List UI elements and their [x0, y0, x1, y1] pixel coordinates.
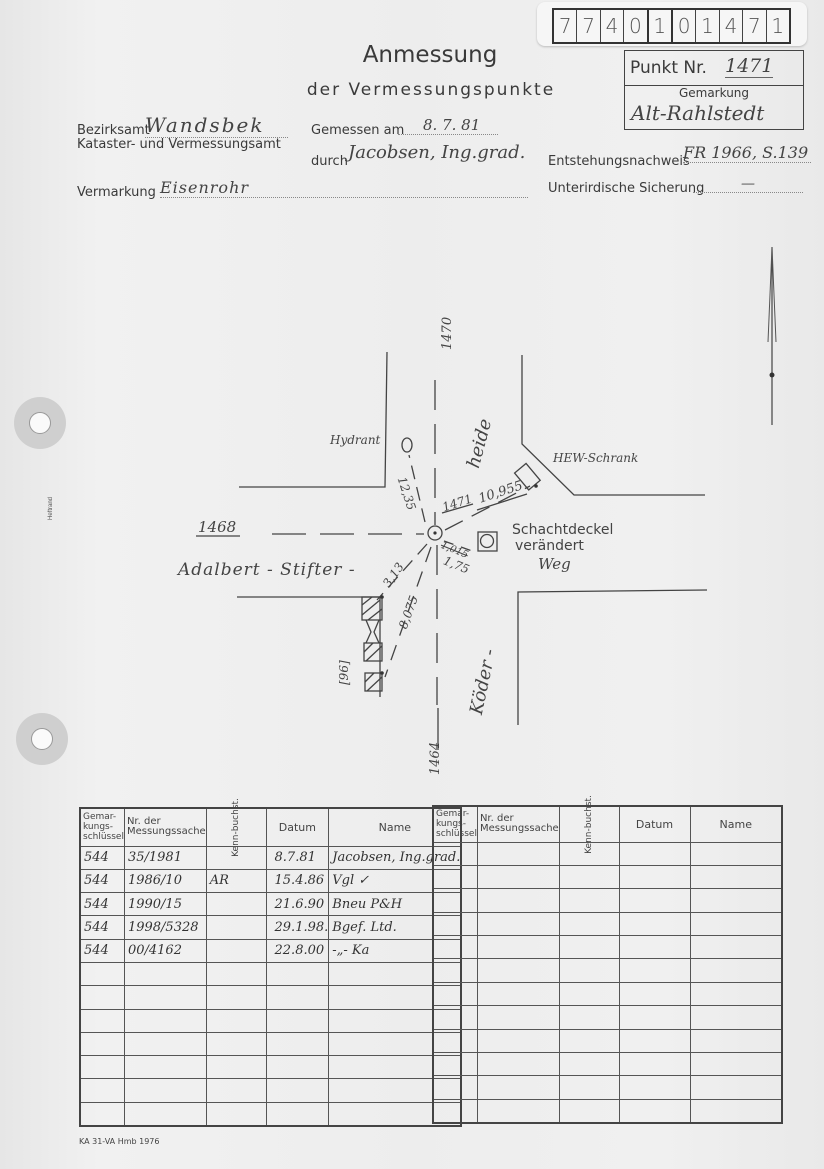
cell-name — [690, 865, 782, 888]
cell-datum: 21.6.90 — [266, 893, 329, 916]
cell-kenn — [206, 986, 266, 1009]
cell-gem: 544 — [80, 916, 124, 939]
cell-nr — [477, 959, 559, 982]
table-row — [433, 1006, 782, 1029]
register-table-right: Gemar-kungs-schlüssel Nr. der Messungssa… — [432, 805, 783, 1124]
cell-nr — [477, 912, 559, 935]
cell-datum — [266, 1102, 329, 1125]
cell-name — [690, 889, 782, 912]
cell-gem — [80, 986, 124, 1009]
cell-gem — [433, 912, 477, 935]
header-kenn: Kenn-buchst. — [206, 808, 266, 846]
table-row — [433, 889, 782, 912]
cell-name — [690, 982, 782, 1005]
table-row: 54400/416222.8.00-„- Ka — [80, 939, 461, 962]
cell-name — [690, 1099, 782, 1122]
table-row — [433, 1053, 782, 1076]
header-datum: Datum — [619, 806, 690, 842]
cell-datum — [266, 1032, 329, 1055]
table-row: 54435/19818.7.81Jacobsen, Ing.grad. — [80, 846, 461, 869]
survey-form-page: Heftrand 7740101471 Punkt Nr. 1471 Gemar… — [0, 0, 824, 1169]
cell-datum — [619, 982, 690, 1005]
form-code: KA 31-VA Hmb 1976 — [79, 1137, 159, 1146]
point-1468-label: 1468 — [198, 518, 236, 536]
cell-nr — [124, 1032, 206, 1055]
hydrant-label: Hydrant — [330, 433, 380, 447]
cell-nr — [477, 1006, 559, 1029]
cell-gem: 544 — [80, 893, 124, 916]
cell-datum — [619, 1099, 690, 1122]
cell-gem — [433, 1006, 477, 1029]
cell-kenn — [559, 1029, 619, 1052]
cell-nr: 1990/15 — [124, 893, 206, 916]
cell-kenn — [559, 982, 619, 1005]
cell-kenn — [206, 1056, 266, 1079]
header-name: Name — [690, 806, 782, 842]
cell-datum — [266, 986, 329, 1009]
cell-nr — [477, 889, 559, 912]
cell-kenn — [559, 912, 619, 935]
cell-gem — [433, 1053, 477, 1076]
cell-datum — [266, 1009, 329, 1032]
cell-kenn — [559, 936, 619, 959]
cell-kenn — [559, 1099, 619, 1122]
cell-gem — [80, 1102, 124, 1125]
cell-gem: 544 — [80, 939, 124, 962]
cell-gem — [433, 982, 477, 1005]
cell-nr: 1998/5328 — [124, 916, 206, 939]
cell-nr: 35/1981 — [124, 846, 206, 869]
cell-datum — [266, 1079, 329, 1102]
hew-schrank-label: HEW-Schrank — [553, 451, 638, 465]
table-row: 5441986/10AR15.4.86Vgl ✓ — [80, 869, 461, 892]
cell-nr — [477, 1029, 559, 1052]
cell-datum — [619, 912, 690, 935]
header-kenn: Kenn-buchst. — [559, 806, 619, 842]
table-row — [80, 986, 461, 1009]
cell-gem — [80, 962, 124, 985]
cell-gem — [433, 959, 477, 982]
cell-kenn — [206, 1102, 266, 1125]
cell-name — [690, 1006, 782, 1029]
cell-nr — [477, 865, 559, 888]
cell-datum — [619, 1076, 690, 1099]
cell-name — [690, 842, 782, 865]
header-gemarkung: Gemar-kungs-schlüssel — [433, 806, 477, 842]
cell-kenn — [206, 1032, 266, 1055]
survey-sketch — [0, 0, 824, 800]
cell-kenn — [206, 893, 266, 916]
table-row: 5441998/532829.1.98.Bgef. Ltd. — [80, 916, 461, 939]
cell-kenn — [559, 1076, 619, 1099]
cell-nr — [477, 936, 559, 959]
cell-datum: 8.7.81 — [266, 846, 329, 869]
cell-gem — [433, 1099, 477, 1122]
cell-datum — [619, 936, 690, 959]
table-row — [433, 1029, 782, 1052]
cell-gem — [80, 1009, 124, 1032]
street-adalbert-label: Adalbert - Stifter - — [178, 560, 356, 580]
cell-name — [690, 1053, 782, 1076]
street-weg-label: Weg — [538, 555, 571, 573]
cell-kenn — [206, 1009, 266, 1032]
cell-name — [690, 1029, 782, 1052]
table-row: 5441990/1521.6.90Bneu P&H — [80, 893, 461, 916]
cell-datum — [619, 1053, 690, 1076]
cell-gem — [433, 936, 477, 959]
table-row — [433, 1076, 782, 1099]
cell-gem: 544 — [80, 869, 124, 892]
cell-datum — [266, 962, 329, 985]
veraendert-label: verändert — [515, 538, 584, 554]
cell-nr — [477, 982, 559, 1005]
cell-datum — [619, 1029, 690, 1052]
register-table-left: Gemar-kungs-schlüssel Nr. der Messungssa… — [79, 807, 462, 1127]
cell-name — [690, 959, 782, 982]
cell-kenn: AR — [206, 869, 266, 892]
cell-nr — [477, 842, 559, 865]
cell-nr: 1986/10 — [124, 869, 206, 892]
cell-kenn — [559, 865, 619, 888]
cell-nr — [477, 1053, 559, 1076]
cell-name — [690, 1076, 782, 1099]
table-row — [433, 936, 782, 959]
cell-datum — [619, 865, 690, 888]
cell-datum — [619, 842, 690, 865]
table-row — [80, 1102, 461, 1125]
cell-datum: 15.4.86 — [266, 869, 329, 892]
cell-kenn — [559, 1006, 619, 1029]
cell-kenn — [559, 889, 619, 912]
cell-datum — [619, 889, 690, 912]
cell-nr — [124, 1079, 206, 1102]
cell-gem — [80, 1032, 124, 1055]
cell-name — [690, 936, 782, 959]
cell-gem — [433, 865, 477, 888]
cell-datum: 29.1.98. — [266, 916, 329, 939]
cell-nr — [124, 1102, 206, 1125]
table-header-row: Gemar-kungs-schlüssel Nr. der Messungssa… — [433, 806, 782, 842]
header-gemarkung: Gemar-kungs-schlüssel — [80, 808, 124, 846]
table-row — [80, 1032, 461, 1055]
header-nr: Nr. der Messungssache — [124, 808, 206, 846]
cell-gem: 544 — [80, 846, 124, 869]
table-row — [80, 1079, 461, 1102]
table-row — [80, 962, 461, 985]
cell-datum — [266, 1056, 329, 1079]
cell-gem — [433, 842, 477, 865]
table-row — [433, 982, 782, 1005]
cell-kenn — [206, 939, 266, 962]
schachtdeckel-label: Schachtdeckel — [512, 522, 613, 538]
table-row — [433, 842, 782, 865]
cell-kenn — [559, 1053, 619, 1076]
table-row — [433, 959, 782, 982]
cell-gem — [80, 1056, 124, 1079]
cell-datum — [619, 959, 690, 982]
cell-gem — [433, 1029, 477, 1052]
header-nr: Nr. der Messungssache — [477, 806, 559, 842]
table-row — [433, 865, 782, 888]
table-row — [80, 1056, 461, 1079]
cell-kenn — [206, 962, 266, 985]
cell-nr — [124, 986, 206, 1009]
cell-nr — [124, 1056, 206, 1079]
cell-nr — [477, 1076, 559, 1099]
cell-nr — [477, 1099, 559, 1122]
cell-gem — [80, 1079, 124, 1102]
table-row — [433, 1099, 782, 1122]
cell-kenn — [206, 916, 266, 939]
cell-gem — [433, 1076, 477, 1099]
cell-nr: 00/4162 — [124, 939, 206, 962]
cell-datum: 22.8.00 — [266, 939, 329, 962]
cell-kenn — [559, 959, 619, 982]
table-header-row: Gemar-kungs-schlüssel Nr. der Messungssa… — [80, 808, 461, 846]
house-number-label: [96] — [337, 660, 351, 685]
cell-kenn — [206, 1079, 266, 1102]
cell-gem — [433, 889, 477, 912]
point-1464-label: 1464 — [428, 742, 443, 775]
table-row — [80, 1009, 461, 1032]
cell-datum — [619, 1006, 690, 1029]
cell-name — [690, 912, 782, 935]
cell-nr — [124, 962, 206, 985]
header-datum: Datum — [266, 808, 329, 846]
cell-nr — [124, 1009, 206, 1032]
table-row — [433, 912, 782, 935]
point-1470-label: 1470 — [440, 317, 455, 350]
